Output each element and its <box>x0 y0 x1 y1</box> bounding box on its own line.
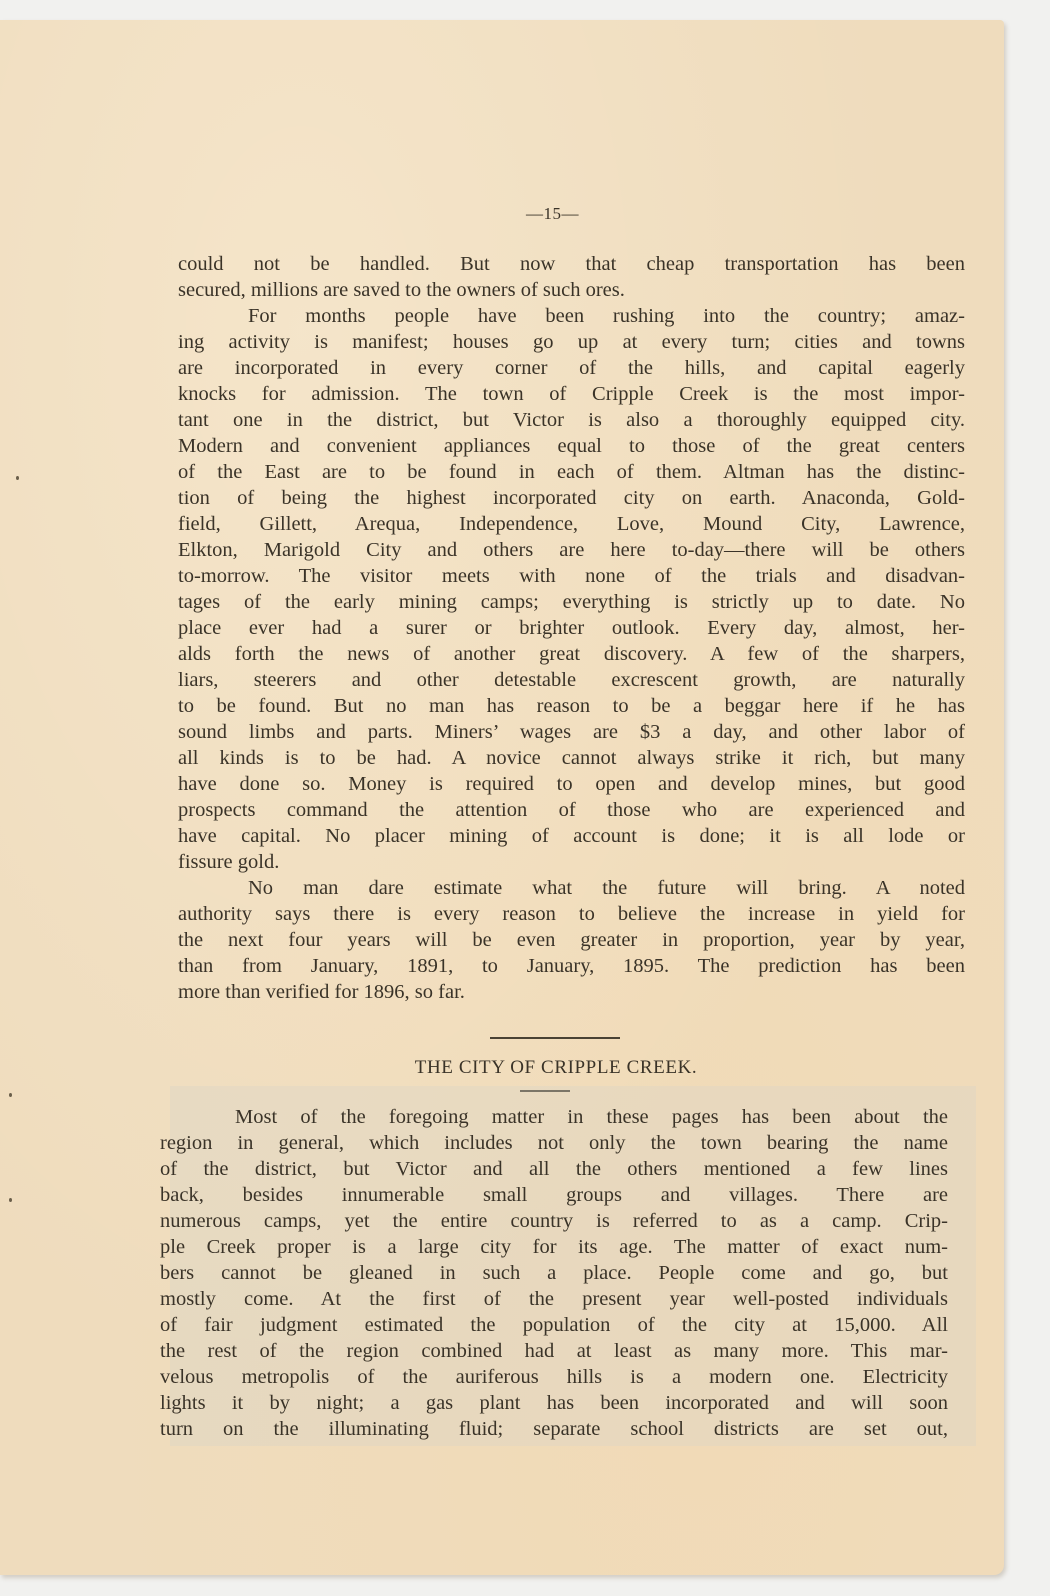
text-line: velous metropolis of the auriferous hill… <box>160 1364 948 1390</box>
text-line: mostly come. At the first of the present… <box>160 1286 948 1312</box>
text-line: bers cannot be gleaned in such a place. … <box>160 1260 948 1286</box>
text-line: secured, millions are saved to the owner… <box>178 277 965 303</box>
text-line: ple Creek proper is a large city for its… <box>160 1234 948 1260</box>
text-line: have done so. Money is required to open … <box>178 771 965 797</box>
text-line: alds forth the news of another great dis… <box>178 641 965 667</box>
text-line: could not be handled. But now that cheap… <box>178 251 965 277</box>
section-1-body: could not be handled. But now that cheap… <box>178 251 965 1005</box>
text-line: fissure gold. <box>178 849 965 875</box>
text-line: to be found. But no man has reason to be… <box>178 693 965 719</box>
text-line: tant one in the district, but Victor is … <box>178 407 965 433</box>
text-line: numerous camps, yet the entire country i… <box>160 1208 948 1234</box>
section-title: THE CITY OF CRIPPLE CREEK. <box>0 1057 1050 1079</box>
text-line: prospects command the attention of those… <box>178 797 965 823</box>
text-line: to-morrow. The visitor meets with none o… <box>178 563 965 589</box>
text-line: are incorporated in every corner of the … <box>178 355 965 381</box>
margin-speck <box>16 476 19 480</box>
text-line: Elkton, Marigold City and others are her… <box>178 537 965 563</box>
text-line: tages of the early mining camps; everyth… <box>178 589 965 615</box>
section-2-body: Most of the foregoing matter in these pa… <box>160 1104 948 1442</box>
text-line: all kinds is to be had. A novice cannot … <box>178 745 965 771</box>
text-line: tion of being the highest incorporated c… <box>178 485 965 511</box>
text-line: sound limbs and parts. Miners’ wages are… <box>178 719 965 745</box>
text-line: than from January, 1891, to January, 189… <box>178 953 965 979</box>
text-line: knocks for admission. The town of Crippl… <box>178 381 965 407</box>
text-line: place ever had a surer or brighter outlo… <box>178 615 965 641</box>
text-line: of the district, but Victor and all the … <box>160 1156 948 1182</box>
text-line: region in general, which includes not on… <box>160 1130 948 1156</box>
section-divider-rule <box>490 1037 620 1039</box>
text-line: more than verified for 1896, so far. <box>178 979 965 1005</box>
margin-speck <box>9 1093 12 1097</box>
text-line: liars, steerers and other detestable exc… <box>178 667 965 693</box>
text-line: the next four years will be even greater… <box>178 927 965 953</box>
text-line: the rest of the region combined had at l… <box>160 1338 948 1364</box>
document-page: —15— could not be handled. But now that … <box>0 20 1004 1575</box>
page-number: —15— <box>0 204 1050 224</box>
text-line: field, Gillett, Arequa, Independence, Lo… <box>178 511 965 537</box>
text-line: turn on the illuminating fluid; separate… <box>160 1416 948 1442</box>
text-line: Modern and convenient appliances equal t… <box>178 433 965 459</box>
text-line: lights it by night; a gas plant has been… <box>160 1390 948 1416</box>
text-line: ing activity is manifest; houses go up a… <box>178 329 965 355</box>
paragraph-start-line: Most of the foregoing matter in these pa… <box>160 1104 948 1130</box>
text-line: of fair judgment estimated the populatio… <box>160 1312 948 1338</box>
paragraph-start-line: No man dare estimate what the future wil… <box>178 875 965 901</box>
text-line: of the East are to be found in each of t… <box>178 459 965 485</box>
margin-speck <box>9 1198 12 1202</box>
paragraph-start-line: For months people have been rushing into… <box>178 303 965 329</box>
text-line: back, besides innumerable small groups a… <box>160 1182 948 1208</box>
text-line: have capital. No placer mining of accoun… <box>178 823 965 849</box>
text-line: authority says there is every reason to … <box>178 901 965 927</box>
